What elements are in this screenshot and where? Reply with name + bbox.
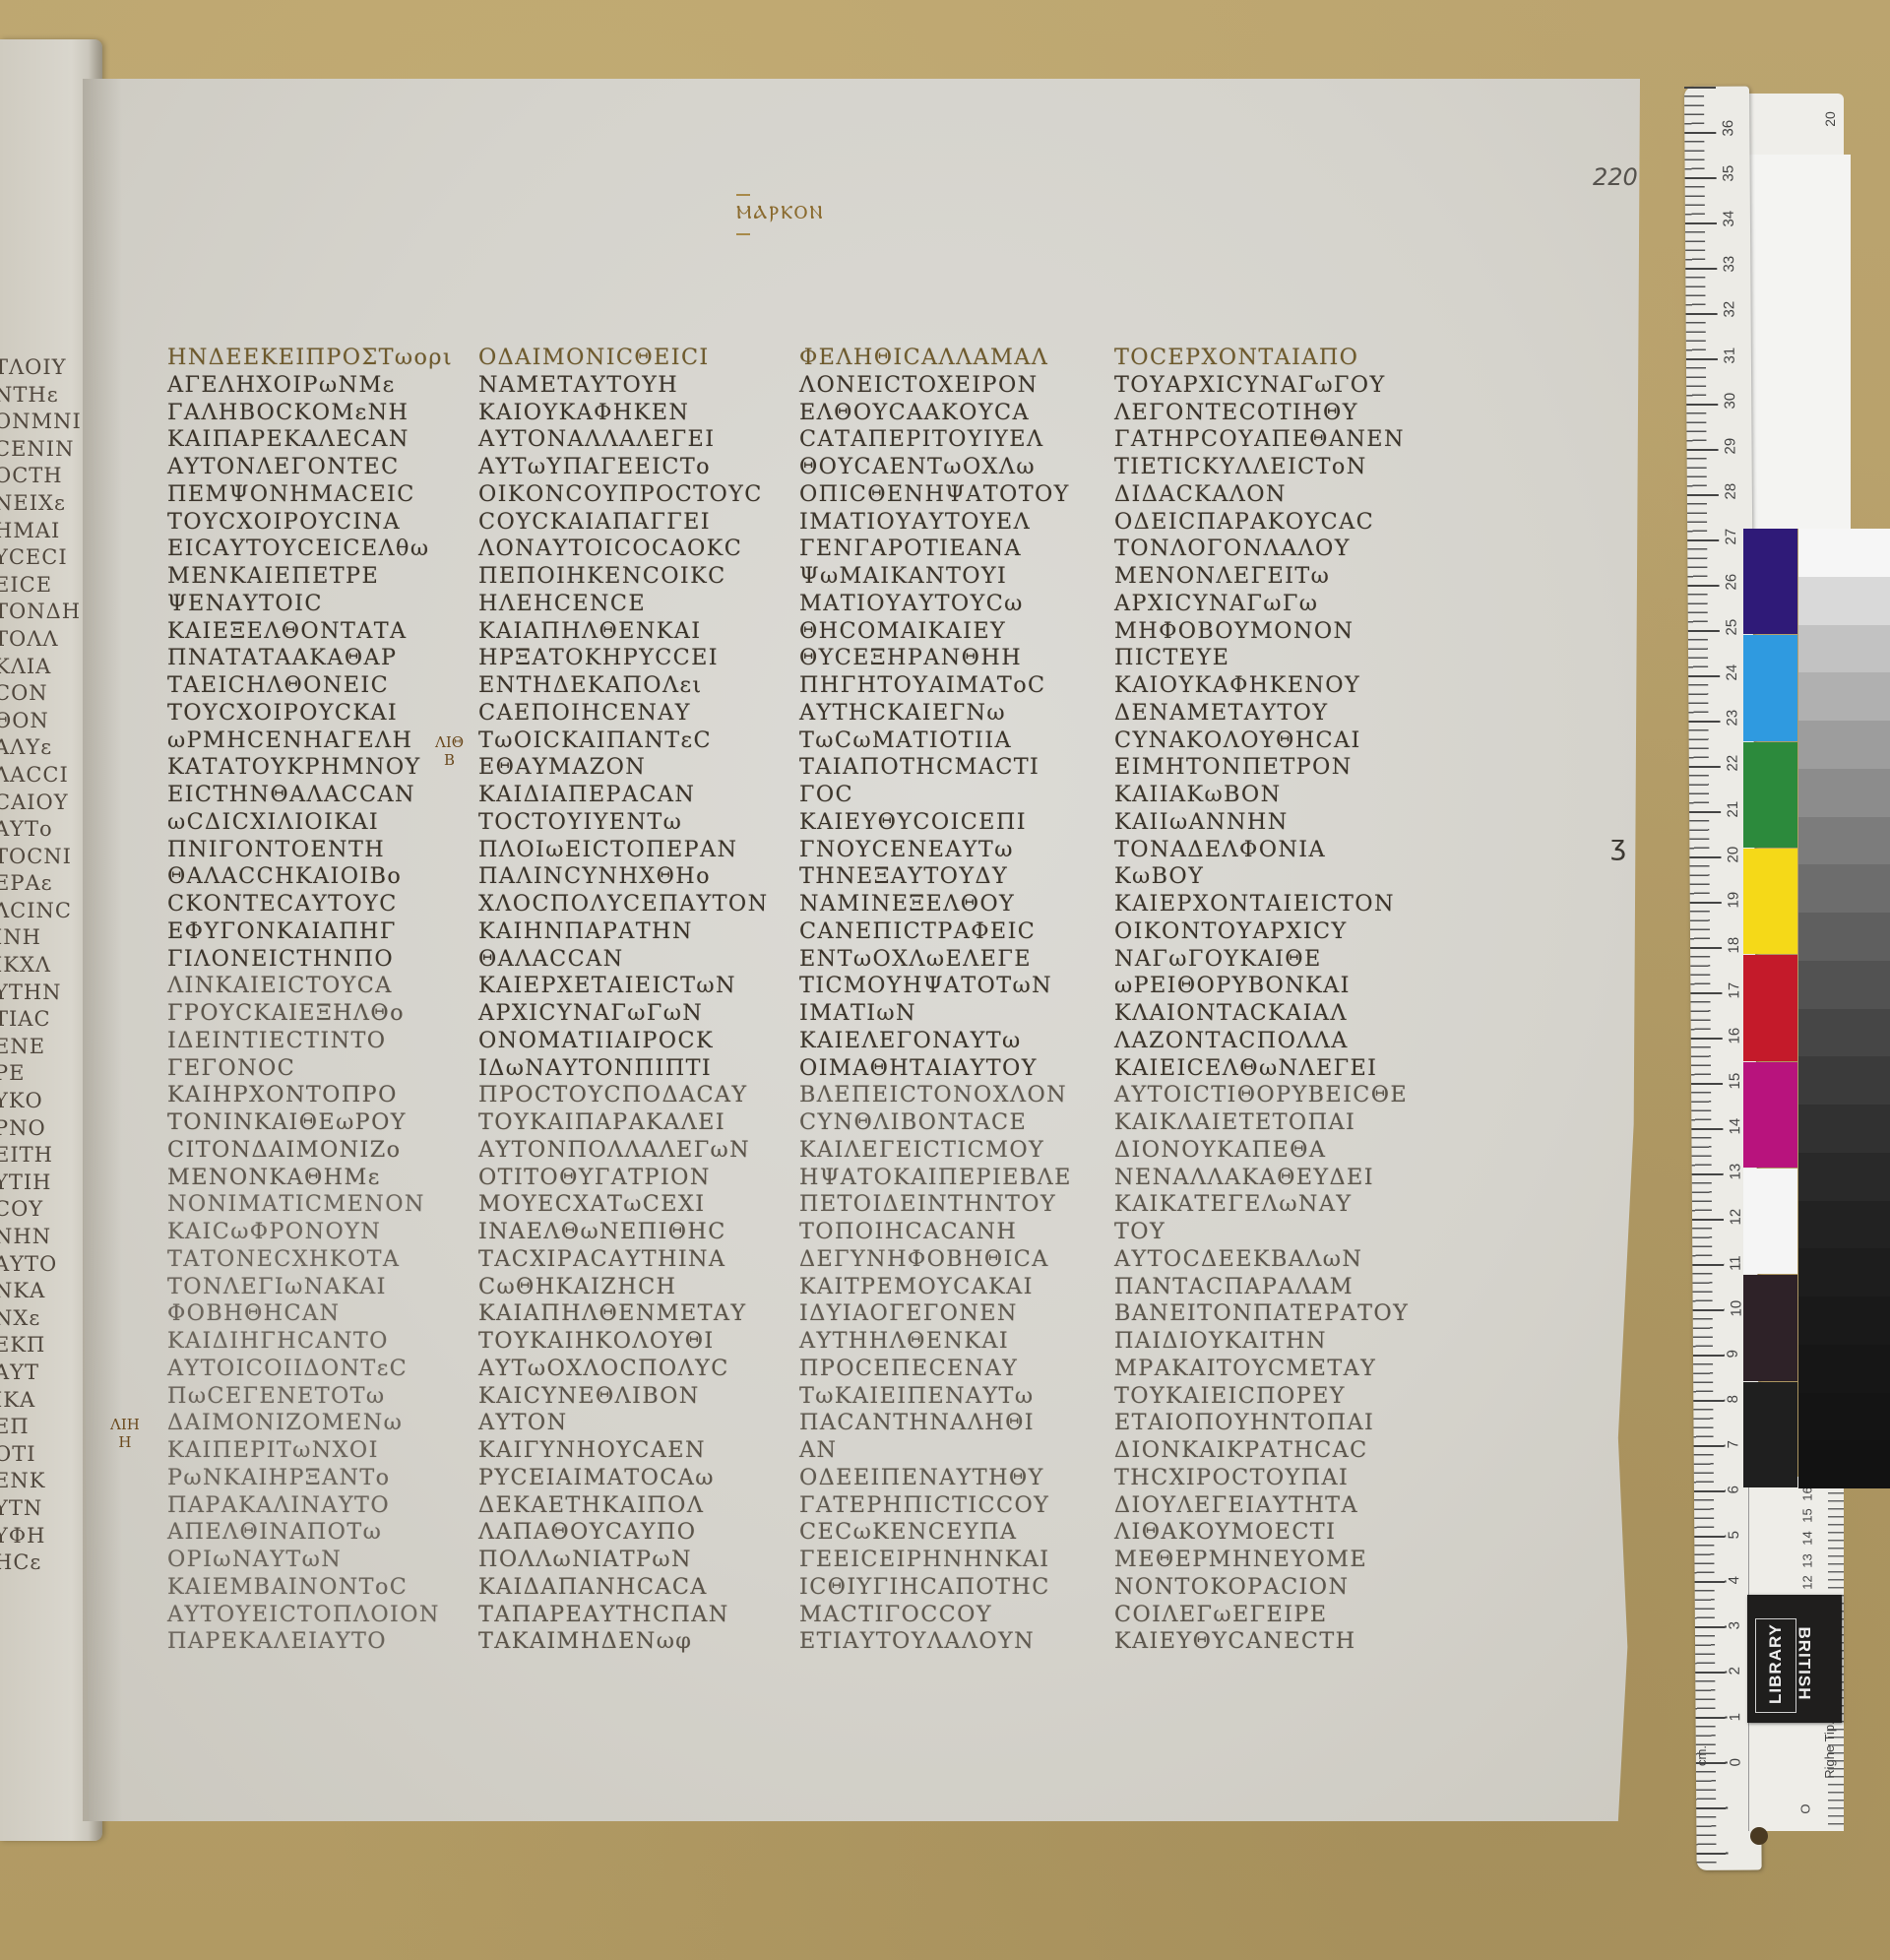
text-line: ΠΕΤΟΙΔΕΙΝΤΗΝΤΟΥ	[799, 1191, 1104, 1219]
text-line: ΜΡΑΚΑΙΤΟΥCΜΕΤΑΥ	[1114, 1356, 1419, 1383]
text-column-2: ΟΔΑΙΜΟΝΙCΘΕΙCΙΝΑΜΕΤΑΥΤΟΥΗΚΑΙΟΥΚΑΦΗΚΕΝΑΥΤ…	[478, 345, 784, 1656]
text-line: ΕΠ	[0, 1414, 93, 1441]
grayscale-patch	[1798, 1153, 1890, 1201]
ruler-tick-label: 17	[1726, 982, 1742, 999]
text-line: ΤΟΥΚΑΙΗΚΟΛΟΥΘΙ	[478, 1328, 784, 1356]
text-line: ΠΑCΑΝΤΗΝΑΛΗΘΙ	[799, 1410, 1104, 1437]
text-line: ΑΡΧΙCΥΝΑΓωΓωΝ	[478, 1000, 784, 1028]
text-line: ΠΕΜΨΟΝΗΜΑCΕΙC	[167, 481, 472, 509]
ruler-tick-label: 5	[1726, 1531, 1742, 1539]
text-line: ΤΑΤΟΝΕCΧΗΚΟΤΑ	[167, 1246, 472, 1274]
text-line: ΕΙΤΗ	[0, 1142, 93, 1170]
text-line: ΕΝΤωΟΧΛωΕΛΕΓΕ	[799, 946, 1104, 974]
text-line: ΡΥCΕΙΑΙΜΑΤΟCΑω	[478, 1465, 784, 1492]
text-line: ΕΙCΑΥΤΟΥCΕΙCΕΛθω	[167, 536, 472, 563]
ruler-tick-label: 14	[1727, 1118, 1743, 1135]
text-line: ΑΥΤΟΝ	[478, 1410, 784, 1437]
text-line: ΚΑΙΟΥΚΑΦΗΚΕΝΟΥ	[1114, 672, 1419, 700]
text-line: ΕΝΕ	[0, 1034, 93, 1061]
text-line: ΠΛΟΙωΕΙCΤΟΠΕΡΑΝ	[478, 837, 784, 864]
ruler-tick-label: 2	[1727, 1667, 1743, 1675]
text-line: ΓΕΓΟΝΟC	[167, 1055, 472, 1083]
text-line: ΤΙCΜΟΥΗΨΑΤΟΤωΝ	[799, 973, 1104, 1000]
text-line: ΙΜΑΤΙΟΥΑΥΤΟΥΕΛ	[799, 509, 1104, 537]
text-line: ΓΙΛΟΝΕΙCΤΗΝΠΟ	[167, 946, 472, 974]
ruler-tick-label: 7	[1725, 1440, 1741, 1448]
text-line: ΟΙΚΟΝΤΟΥΑΡΧΙCΥ	[1114, 918, 1419, 946]
color-swatch-magenta	[1743, 1062, 1797, 1168]
ruler-top-strip: 20	[1749, 94, 1844, 155]
grayscale-patch	[1798, 1440, 1890, 1488]
text-line: ΟΔΕΕΙΠΕΝΑΥΤΗΘΥ	[799, 1465, 1104, 1492]
text-line: ΨωΜΑΙΚΑΝΤΟΥΙ	[799, 563, 1104, 591]
text-line: ΟΔΕΙCΠΑΡΑΚΟΥCΑC	[1114, 509, 1419, 537]
ruler-tick-label: 36	[1720, 120, 1736, 137]
ruler-tick-label: 28	[1723, 483, 1739, 500]
text-line: ΙΔΥΙΑΟΓΕΓΟΝΕΝ	[799, 1300, 1104, 1328]
ruler-tick-label: 35	[1720, 165, 1736, 182]
text-line: ΟΙΜΑΘΗΤΑΙΑΥΤΟΥ	[799, 1055, 1104, 1083]
text-line: ΟΔΑΙΜΟΝΙCΘΕΙCΙ	[478, 345, 784, 372]
grayscale-patch	[1798, 1248, 1890, 1296]
ruler-tick-label: 21	[1725, 800, 1741, 817]
grayscale-patch	[1798, 1009, 1890, 1057]
text-line: ΕΚΠ	[0, 1332, 93, 1359]
text-line: ΥΤΙΗ	[0, 1170, 93, 1197]
text-line: ΠΙCΤΕΥΕ	[1114, 645, 1419, 672]
text-line: ΤΟΥΚΑΙΕΙCΠΟΡΕΥ	[1114, 1383, 1419, 1411]
grayscale-patch	[1798, 817, 1890, 865]
ruler-tick-label: 26	[1723, 574, 1739, 591]
ruler-tick-label: 15	[1727, 1073, 1743, 1090]
text-line: ΔΕΚΑΕΤΗΚΑΙΠΟΛ	[478, 1492, 784, 1520]
text-line: CΙΤΟΝΔΑΙΜΟΝΙΖο	[167, 1137, 472, 1165]
text-line: ΚΑΙCωΦΡΟΝΟΥΝ	[167, 1219, 472, 1246]
text-line: ΔΙΟΥΛΕΓΕΙΑΥΤΗΤΑ	[1114, 1492, 1419, 1520]
text-line: ΙΚΧΛ	[0, 952, 93, 980]
ruler-tick-label: 31	[1722, 347, 1738, 363]
text-line: ΕΝΚ	[0, 1468, 93, 1495]
text-line: ΑΥΤΟΥΕΙCΤΟΠΛΟΙΟΝ	[167, 1602, 472, 1629]
text-line: ΜΕΝΟΝΚΑΘΗΜε	[167, 1165, 472, 1192]
ruler-strip-label: 15	[1800, 1508, 1815, 1522]
text-line: ΠΟΛΛωΝΙΑΤΡωΝ	[478, 1547, 784, 1574]
text-line: ΕΡΑε	[0, 870, 93, 898]
text-line: ΤωΚΑΙΕΙΠΕΝΑΥΤω	[799, 1383, 1104, 1411]
ruler-tick-label: 9	[1725, 1350, 1741, 1358]
text-line: ΟΤΙ	[0, 1441, 93, 1469]
text-line: ΑΥΤΗΗΛΘΕΝΚΑΙ	[799, 1328, 1104, 1356]
text-line: ΓΑΛΗΒΟCΚΟΜεΝΗ	[167, 400, 472, 427]
folio-gutter-shadow	[83, 79, 122, 1821]
text-line: ΚΑΤΑΤΟΥΚΡΗΜΝΟΥ	[167, 754, 472, 782]
text-line: ΥΤΗΝ	[0, 980, 93, 1007]
text-line: CΟΝ	[0, 680, 93, 708]
text-line: CΑΝΕΠΙCΤΡΑΦΕΙC	[799, 918, 1104, 946]
text-line: ΥΚΟ	[0, 1088, 93, 1115]
text-line: CΥΝΘΛΙΒΟΝΤΑCΕ	[799, 1109, 1104, 1137]
text-line: ΚΑΙCΥΝΕΘΛΙΒΟΝ	[478, 1383, 784, 1411]
text-line: ΤΟΥCΧΟΙΡΟΥCΙΝΑ	[167, 509, 472, 537]
section-number-line: ΛΙΘ	[435, 733, 464, 751]
text-line: ΑΥΤΟΝΠΟΛΛΑΛΕΓωΝ	[478, 1137, 784, 1165]
ruler-tick-label: 18	[1726, 937, 1742, 954]
text-line: ΚΑΙΑΠΗΛΘΕΝΜΕΤΑΥ	[478, 1300, 784, 1328]
text-line: ΤΑΕΙCΗΛΘΟΝΕΙC	[167, 672, 472, 700]
text-line: ΘΑΛΑCCΗΚΑΙΟΙΒο	[167, 863, 472, 891]
ruler-strip-label: 12	[1800, 1575, 1815, 1589]
text-line: ΘΑΛΑCCΑΝ	[478, 946, 784, 974]
text-line: ΑΠΕΛΘΙΝΑΠΟΤω	[167, 1519, 472, 1547]
text-line: ΤΑΠΑΡΕΑΥΤΗCΠΑΝ	[478, 1602, 784, 1629]
text-line: CωΘΗΚΑΙΖΗCΗ	[478, 1274, 784, 1301]
text-line: ΚΛΙΑ	[0, 654, 93, 681]
text-line: ΛΟΝΕΙCΤΟΧΕΙΡΟΝ	[799, 372, 1104, 400]
text-line: ΘΟΥCΑΕΝΤωΟΧΛω	[799, 454, 1104, 481]
text-line: ΠΑΙΔΙΟΥΚΑΙΤΗΝ	[1114, 1328, 1419, 1356]
text-line: ΠΡΟCΤΟΥCΠΟΔΑCΑΥ	[478, 1082, 784, 1109]
text-line: ΓΕΕΙCΕΙΡΗΝΗΝΚΑΙ	[799, 1547, 1104, 1574]
logo-text-library: LIBRARY	[1766, 1623, 1786, 1704]
text-line: ΤΑΚΑΙΜΗΔΕΝωφ	[478, 1628, 784, 1656]
text-line: ΠΡΟCΕΠΕCΕΝΑΥ	[799, 1356, 1104, 1383]
text-line: ΔΙΔΑCΚΑΛΟΝ	[1114, 481, 1419, 509]
ruler-tick-label: 33	[1721, 256, 1737, 273]
text-line: ΓΕΝΓΑΡΟΤΙΕΑΝΑ	[799, 536, 1104, 563]
text-line: CΚΟΝΤΕCΑΥΤΟΥC	[167, 891, 472, 918]
text-line: ΠΝΙΓΟΝΤΟΕΝΤΗ	[167, 837, 472, 864]
ruler-tick-label: 10	[1728, 1299, 1744, 1316]
ruler-tick-label: 25	[1724, 619, 1740, 636]
text-line: ΤΟΛΛ	[0, 626, 93, 654]
text-line: ΠΑΛΙΝCΥΝΗΧΘΗο	[478, 863, 784, 891]
text-line: ΤΟCΤΟΥΙΥΕΝΤω	[478, 809, 784, 837]
text-line: ΕΙCΤΗΝΘΑΛΑCCΑΝ	[167, 782, 472, 809]
text-line: ΤΗCΧΙΡΟCΤΟΥΠΑΙ	[1114, 1465, 1419, 1492]
color-swatch-red	[1743, 955, 1797, 1060]
text-line: ΓΝΟΥCΕΝΕΑΥΤω	[799, 837, 1104, 864]
ruler-tick-label: 3	[1727, 1621, 1743, 1629]
text-line: ΦΟΒΗΘΗCΑΝ	[167, 1300, 472, 1328]
text-line: ΠΝΑΤΑΤΑΑΚΑΘΑΡ	[167, 645, 472, 672]
text-line: ΚΑΙΛΕΓΕΙCΤΙCΜΟΥ	[799, 1137, 1104, 1165]
text-line: ΑΥΤο	[0, 816, 93, 844]
text-line: ΟCΤΗ	[0, 463, 93, 490]
text-line: ΟΤΙΤΟΘΥΓΑΤΡΙΟΝ	[478, 1165, 784, 1192]
text-line: ΤΟΝΙΝΚΑΙΘΕωΡΟΥ	[167, 1109, 472, 1137]
text-line: ΑΥΤΗCΚΑΙΕΓΝω	[799, 700, 1104, 727]
text-line: ωΡΜΗCΕΝΗΑΓΕΛΗ	[167, 727, 472, 755]
text-line: ΥCΕCΙ	[0, 544, 93, 572]
folio-number: 220	[1593, 163, 1638, 191]
logo-text-british: BRITISH	[1795, 1627, 1814, 1701]
text-line: ΚΑΙΕΥΘΥCΑΝΕCΤΗ	[1114, 1628, 1419, 1656]
ruler-strip-label: 16	[1800, 1486, 1815, 1500]
ruler-tick-label: 22	[1725, 755, 1741, 772]
text-line: ΤΟCΕΡΧΟΝΤΑΙΑΠΟ	[1114, 345, 1419, 372]
text-line: ΑΓΕΛΗΧΟΙΡωΝΜε	[167, 372, 472, 400]
text-line: ΝΕΙΧε	[0, 490, 93, 518]
text-line: ωΡΕΙΘΟΡΥΒΟΝΚΑΙ	[1114, 973, 1419, 1000]
text-line: ΗΨΑΤΟΚΑΙΠΕΡΙΕΒΛΕ	[799, 1165, 1104, 1192]
text-line: ΙΚΑ	[0, 1387, 93, 1415]
text-line: ΝΤΗε	[0, 382, 93, 410]
color-swatch-dark-brown	[1743, 1275, 1797, 1380]
text-line: ΚΑΙΕΜΒΑΙΝΟΝΤοC	[167, 1574, 472, 1602]
text-line: ΠΑΝΤΑCΠΑΡΑΛΑΜ	[1114, 1274, 1419, 1301]
text-line: ΚΑΙΔΑΠΑΝΗCΑCΑ	[478, 1574, 784, 1602]
text-line: ΜΑΤΙΟΥΑΥΤΟΥCω	[799, 591, 1104, 618]
marginal-mark: ʒ	[1610, 829, 1626, 861]
text-line: ΕΙΜΗΤΟΝΠΕΤΡΟΝ	[1114, 754, 1419, 782]
ruler-hole	[1750, 1827, 1768, 1845]
text-line: ΡΝΟ	[0, 1115, 93, 1143]
ruler-tick-label: 13	[1727, 1164, 1743, 1180]
text-line: ΤΟΝΛΟΓΟΝΛΑΛΟΥ	[1114, 536, 1419, 563]
text-line: ΕΤΙΑΥΤΟΥΛΑΛΟΥΝ	[799, 1628, 1104, 1656]
ruler-unit-label: cm.	[1694, 1745, 1709, 1766]
grayscale-patch	[1798, 1201, 1890, 1249]
text-column-1: ΗΝΔΕΕΚΕΙΠΡΟΣΤωοριΑΓΕΛΗΧΟΙΡωΝΜεΓΑΛΗΒΟCΚΟΜ…	[167, 345, 472, 1656]
running-title: ⲘⲀⲢⲔⲞⲚ	[736, 202, 825, 223]
ruler-tick-label: 24	[1724, 664, 1740, 681]
text-line: ΙΝΗ	[0, 924, 93, 952]
grayscale-patch	[1798, 864, 1890, 913]
text-line: ΔΙΟΝΚΑΙΚΡΑΤΗCΑC	[1114, 1437, 1419, 1465]
text-line: ΚωΒΟΥ	[1114, 863, 1419, 891]
text-line: ΠωCΕΓΕΝΕΤΟΤω	[167, 1383, 472, 1411]
text-line: ΙΔωΝΑΥΤΟΝΠΙΠΤΙ	[478, 1055, 784, 1083]
text-line: ΑΥΤΟΙCΤΙΘΟΡΥΒΕΙCΘΕ	[1114, 1082, 1419, 1109]
text-line: ΚΑΙΠΕΡΙΤωΝΧΟΙ	[167, 1437, 472, 1465]
text-line: ΚΑΙΟΥΚΑΦΗΚΕΝ	[478, 400, 784, 427]
text-line: ΛΑΖΟΝΤΑCΠΟΛΛΑ	[1114, 1028, 1419, 1055]
ruler-strip-label: 13	[1800, 1553, 1815, 1567]
text-line: ΜΗΦΟΒΟΥΜΟΝΟΝ	[1114, 618, 1419, 646]
ruler-tick-label: 34	[1721, 211, 1737, 227]
text-line: ΚΑΙΕΥΘΥCΟΙCΕΠΙ	[799, 809, 1104, 837]
text-line: ΤΟΥΚΑΙΠΑΡΑΚΑΛΕΙ	[478, 1109, 784, 1137]
text-line: ΘΟΝ	[0, 708, 93, 735]
text-line: ΘΥCΕΞΗΡΑΝΘΗΗ	[799, 645, 1104, 672]
text-line: ΑΥΤ	[0, 1359, 93, 1387]
ruler-tick-label: 19	[1726, 891, 1742, 908]
text-line: ΛΑCCΙ	[0, 762, 93, 790]
text-line: ΚΑΙΚΑΤΕΓΕΛωΝΑΥ	[1114, 1191, 1419, 1219]
text-line: ΠΑΡΕΚΑΛΕΙΑΥΤΟ	[167, 1628, 472, 1656]
text-line: ΛΕΓΟΝΤΕCΟΤΙΗΘΥ	[1114, 400, 1419, 427]
text-line: ωCΔΙCΧΙΛΙΟΙΚΑΙ	[167, 809, 472, 837]
text-line: ΚΑΙΠΑΡΕΚΑΛΕCΑΝ	[167, 426, 472, 454]
text-line: ΑΝ	[799, 1437, 1104, 1465]
text-line: ΟΙΚΟΝCΟΥΠΡΟCΤΟΥC	[478, 481, 784, 509]
grayscale-patch	[1798, 1056, 1890, 1105]
text-line: ΠΑΡΑΚΑΛΙΝΑΥΤΟ	[167, 1492, 472, 1520]
text-line: ΑΥΤΟΙCΟΙΙΔΟΝΤεC	[167, 1356, 472, 1383]
text-line: ΤΟΥΑΡΧΙCΥΝΑΓωΓΟΥ	[1114, 372, 1419, 400]
text-line: CΑΕΠΟΙΗCΕΝΑΥ	[478, 700, 784, 727]
text-line: ΦΕΛΗΘΙCΑΛΛΑΜΑΛ	[799, 345, 1104, 372]
text-line: ΤωCωΜΑΤΙΟΤΙΙΑ	[799, 727, 1104, 755]
ruler-tick-label: 27	[1723, 529, 1739, 545]
ruler-strip-label: Righe Tip.	[1822, 1721, 1837, 1779]
text-line: ΔΙΟΝΟΥΚΑΠΕΘΑ	[1114, 1137, 1419, 1165]
text-line: ΨΕΝΑΥΤΟΙC	[167, 591, 472, 618]
text-line: ΜΕΝΟΝΛΕΓΕΙΤω	[1114, 563, 1419, 591]
text-line: ΝΑΓωΓΟΥΚΑΙΘΕ	[1114, 946, 1419, 974]
text-line: ΚΑΙΙωΑΝΝΗΝ	[1114, 809, 1419, 837]
ruler-tick-label: 1	[1727, 1712, 1743, 1720]
text-line: ΕΙCΕ	[0, 572, 93, 600]
text-line: ΓΑΤΕΡΗΠΙCΤΙCCΟΥ	[799, 1492, 1104, 1520]
ruler-tick-label: 4	[1726, 1576, 1742, 1584]
text-line: ΗCε	[0, 1549, 93, 1577]
text-line: CΕCωΚΕΝCΕΥΠΑ	[799, 1519, 1104, 1547]
text-line: ΝΚΑ	[0, 1278, 93, 1305]
text-line: ΙCΘΙΥΓΙΗCΑΠΟΤΗC	[799, 1574, 1104, 1602]
ruler-tick-label: 32	[1721, 301, 1737, 318]
grayscale-patch	[1798, 913, 1890, 961]
text-line: ΝΑΜΕΤΑΥΤΟΥΗ	[478, 372, 784, 400]
ruler-tick-label: 11	[1728, 1255, 1744, 1271]
text-line: ΤΑCΧΙΡΑCΑΥΤΗΙΝΑ	[478, 1246, 784, 1274]
text-line: ΕΤΑΙΟΠΟΥΗΝΤΟΠΑΙ	[1114, 1410, 1419, 1437]
color-swatch-yellow	[1743, 849, 1797, 954]
text-line: ΛΙΝΚΑΙΕΙCΤΟΥCΑ	[167, 973, 472, 1000]
text-line: ΕΘΑΥΜΑΖΟΝ	[478, 754, 784, 782]
text-line: ΗΜΑΙ	[0, 518, 93, 545]
text-line: ΗΛΕΗCΕΝCΕ	[478, 591, 784, 618]
ruler-tick-label: 12	[1728, 1209, 1744, 1226]
text-line: ΝΕΝΑΛΛΑΚΑΘΕΥΔΕΙ	[1114, 1165, 1419, 1192]
ruler-strip-label: 14	[1800, 1531, 1815, 1545]
text-line: ΚΑΙΕΛΕΓΟΝΑΥΤω	[799, 1028, 1104, 1055]
text-line: CΟΙΛΕΓωΕΓΕΙΡΕ	[1114, 1602, 1419, 1629]
text-line: ΤΟΥ	[1114, 1219, 1419, 1246]
text-line: ΚΑΙΚΛΑΙΕΤΕΤΟΠΑΙ	[1114, 1109, 1419, 1137]
text-line: ΚΑΙΕΡΧΟΝΤΑΙΕΙCΤΟΝ	[1114, 891, 1419, 918]
grayscale-patch	[1798, 529, 1890, 577]
text-line: ΚΑΙΔΙΗΓΗCΑΝΤΟ	[167, 1328, 472, 1356]
grayscale-patch	[1798, 1296, 1890, 1345]
text-line: ΚΑΙΔΙΑΠΕΡΑCΑΝ	[478, 782, 784, 809]
text-line: ΡΕ	[0, 1060, 93, 1088]
text-line: ΑΥΤΟ	[0, 1251, 93, 1279]
color-swatch-violet	[1743, 529, 1797, 634]
text-line: CΟΥCΚΑΙΑΠΑΓΓΕΙ	[478, 509, 784, 537]
text-line: ΛΑΠΑΘΟΥCΑΥΠΟ	[478, 1519, 784, 1547]
color-swatch-green	[1743, 742, 1797, 848]
text-line: ΚΛΑΙΟΝΤΑCΚΑΙΑΛ	[1114, 1000, 1419, 1028]
text-line: ΑΡΧΙCΥΝΑΓωΓω	[1114, 591, 1419, 618]
text-line: ΝΟΝΤΟΚΟΡΑCΙΟΝ	[1114, 1574, 1419, 1602]
text-line: ΑΥΤΟCΔΕΕΚΒΑΛωΝ	[1114, 1246, 1419, 1274]
text-line: CΕΝΙΝ	[0, 436, 93, 464]
ruler-tick-label: 20	[1725, 846, 1741, 862]
text-line: ΚΑΙΕΡΧΕΤΑΙΕΙCΤωΝ	[478, 973, 784, 1000]
text-line: ΤΟΝΔΗ	[0, 599, 93, 626]
grayscale-patch	[1798, 577, 1890, 625]
text-line: ΜΟΥΕCΧΑΤωCΕΧΙ	[478, 1191, 784, 1219]
text-line: ΛΟΝΑΥΤΟΙCΟCΑΟΚC	[478, 536, 784, 563]
section-number-marginal: ΛΙΘ Β	[435, 733, 464, 769]
text-line: ΟΠΙCΘΕΝΗΨΑΤΟΤΟΥ	[799, 481, 1104, 509]
text-line: ΔΑΙΜΟΝΙΖΟΜΕΝω	[167, 1410, 472, 1437]
text-line: ΠΗΓΗΤΟΥΑΙΜΑΤοC	[799, 672, 1104, 700]
ruler-tick-label: 8	[1725, 1395, 1741, 1403]
text-line: ΕΝΤΗΔΕΚΑΠΟΛει	[478, 672, 784, 700]
text-line: ΙΔΕΙΝΤΙΕCΤΙΝΤΟ	[167, 1028, 472, 1055]
text-line: ΠΕΠΟΙΗΚΕΝCΟΙΚC	[478, 563, 784, 591]
ruler-tick-label: 0	[1728, 1758, 1744, 1766]
text-line: ΤΟΝΑΔΕΛΦΟΝΙΑ	[1114, 837, 1419, 864]
text-line: ΓΡΟΥCΚΑΙΕΞΗΛΘο	[167, 1000, 472, 1028]
text-line: ΚΑΙΗΡΧΟΝΤΟΠΡΟ	[167, 1082, 472, 1109]
text-line: ΑΥΤΟΝΛΕΓΟΝΤΕC	[167, 454, 472, 481]
text-line: CΟΥ	[0, 1196, 93, 1224]
grayscale-patch	[1798, 672, 1890, 721]
text-line: ΚΑΙΗΝΠΑΡΑΤΗΝ	[478, 918, 784, 946]
text-line: ΑΥΤωΟΧΛΟCΠΟΛΥC	[478, 1356, 784, 1383]
text-line: ΗΝΔΕΕΚΕΙΠΡΟΣΤωορι	[167, 345, 472, 372]
text-line: ΧΛΟCΠΟΛΥCΕΠΑΥΤΟΝ	[478, 891, 784, 918]
text-line: ΚΑΙΕΙCΕΛΘωΝΛΕΓΕΙ	[1114, 1055, 1419, 1083]
text-line: ΘΗCΟΜΑΙΚΑΙΕΥ	[799, 618, 1104, 646]
text-line: ΒΑΝΕΙΤΟΝΠΑΤΕΡΑΤΟΥ	[1114, 1300, 1419, 1328]
text-line: ΤΙΕΤΙCΚΥΛΛΕΙCΤοΝ	[1114, 454, 1419, 481]
ruler-tick-label: 30	[1722, 392, 1738, 409]
text-line: ΤΙΑC	[0, 1006, 93, 1034]
text-line: ΚΑΙΕΞΕΛΘΟΝΤΑΤΑ	[167, 618, 472, 646]
ruler-tick-label: 6	[1726, 1486, 1742, 1493]
text-line: ΤΟCΝΙ	[0, 844, 93, 871]
grayscale-patch	[1798, 1105, 1890, 1153]
text-line: ΕΛΘΟΥCΑΑΚΟΥCΑ	[799, 400, 1104, 427]
text-line: CΥΝΑΚΟΛΟΥΘΗCΑΙ	[1114, 727, 1419, 755]
text-line: ΚΑΙΤΡΕΜΟΥCΑΚΑΙ	[799, 1274, 1104, 1301]
text-column-3: ΦΕΛΗΘΙCΑΛΛΑΜΑΛΛΟΝΕΙCΤΟΧΕΙΡΟΝΕΛΘΟΥCΑΑΚΟΥC…	[799, 345, 1104, 1656]
text-line: ΡωΝΚΑΙΗΡΞΑΝΤο	[167, 1465, 472, 1492]
text-line: ΛCΙΝC	[0, 898, 93, 925]
grayscale-patch	[1798, 721, 1890, 769]
text-line: ΜΕΝΚΑΙΕΠΕΤΡΕ	[167, 563, 472, 591]
text-line: ΚΑΙΑΠΗΛΘΕΝΚΑΙ	[478, 618, 784, 646]
text-line: ΓΑΤΗΡCΟΥΑΠΕΘΑΝΕΝ	[1114, 426, 1419, 454]
text-line: CΑΙΟΥ	[0, 790, 93, 817]
color-calibration-card	[1743, 529, 1890, 1488]
text-line: ΔΕΝΑΜΕΤΑΥΤΟΥ	[1114, 700, 1419, 727]
text-line: ΤΛΟΙΥ	[0, 354, 93, 382]
text-line: ΜΕΘΕΡΜΗΝΕΥΟΜΕ	[1114, 1547, 1419, 1574]
text-column-4: ΤΟCΕΡΧΟΝΤΑΙΑΠΟΤΟΥΑΡΧΙCΥΝΑΓωΓΟΥΛΕΓΟΝΤΕCΟΤ…	[1114, 345, 1419, 1656]
text-line: ΔΕΓΥΝΗΦΟΒΗΘΙCΑ	[799, 1246, 1104, 1274]
ruler-tick-label: 23	[1724, 710, 1740, 727]
text-line: ΝΗΝ	[0, 1224, 93, 1251]
text-line: ΕΦΥΓΟΝΚΑΙΑΠΗΓ	[167, 918, 472, 946]
text-columns: ΗΝΔΕΕΚΕΙΠΡΟΣΤωοριΑΓΕΛΗΧΟΙΡωΝΜεΓΑΛΗΒΟCΚΟΜ…	[167, 345, 1427, 1496]
grayscale-strip	[1798, 529, 1890, 1488]
text-line: CΑΤΑΠΕΡΙΤΟΥΙΥΕΛ	[799, 426, 1104, 454]
text-line: ΟΝΟΜΑΤΙΙΑΙΡΟCΚ	[478, 1028, 784, 1055]
text-line: ΝΧε	[0, 1305, 93, 1333]
text-line: ΑΥΤωΥΠΑΓΕΕΙCΤο	[478, 454, 784, 481]
grayscale-patch	[1798, 961, 1890, 1009]
left-page-text: ΤΛΟΙΥΝΤΗεΟΝΜΝΙCΕΝΙΝΟCΤΗΝΕΙΧεΗΜΑΙΥCΕCΙΕΙC…	[0, 354, 93, 1577]
section-number-marginal: ΛΙΗ Η	[110, 1416, 140, 1451]
ruler-tick-label: 16	[1727, 1028, 1743, 1044]
text-line: ΤωΟΙCΚΑΙΠΑΝΤεC	[478, 727, 784, 755]
text-line: ΙΜΑΤΙωΝ	[799, 1000, 1104, 1028]
